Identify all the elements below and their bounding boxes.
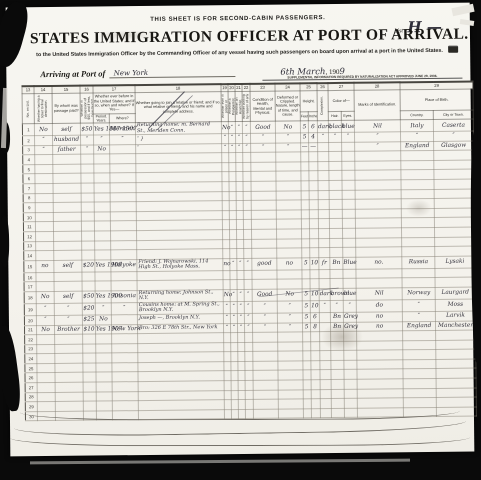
cell-c27h (329, 200, 342, 210)
cell-c29b (434, 217, 474, 227)
cell-c14: No (36, 291, 54, 303)
cell-c25f (302, 248, 310, 258)
cell-c24: no (277, 258, 302, 270)
cell-c25f: 5 (302, 322, 310, 332)
supplemental-note: SUPPLEMENTAL INFORMATION REQUIRED BY NAT… (262, 74, 462, 81)
cell-c25i (311, 341, 320, 351)
cell-c26 (320, 351, 331, 361)
cell-c23 (253, 332, 278, 342)
cell-c24: No (277, 289, 302, 301)
cell-c23 (253, 342, 278, 352)
cell-c27e (343, 279, 356, 289)
cell-c25f (301, 181, 309, 191)
cell-c17a (95, 272, 111, 282)
cell-c17b (111, 271, 137, 281)
cell-c29a (403, 350, 436, 360)
cell-c25i (311, 361, 320, 371)
cell-n: 3 (23, 145, 35, 155)
cell-c24 (276, 190, 301, 200)
cell-c22 (245, 371, 253, 381)
cell-c28 (355, 209, 401, 219)
cell-c16: $20 (82, 303, 95, 315)
cell-c17b (111, 281, 137, 291)
cell-c25f (303, 361, 311, 371)
cell-c27e (343, 238, 356, 248)
cell-c17a: ″ (94, 135, 110, 145)
cell-c27h (329, 161, 342, 171)
cell-c27h (330, 228, 343, 238)
cell-c17b (112, 382, 138, 392)
cell-c29b (436, 378, 476, 388)
cell-c14 (35, 183, 53, 193)
cell-c17b: Meriden (109, 123, 135, 135)
cell-n: 5 (23, 164, 35, 174)
cell-c24 (276, 181, 301, 191)
cell-c23: ″ (251, 133, 276, 143)
cell-c16 (82, 281, 95, 291)
cell-c16 (82, 272, 95, 282)
cell-c22: ″ (243, 133, 251, 143)
cell-c29b (436, 340, 476, 350)
cell-c16 (83, 372, 96, 382)
cell-c22 (244, 239, 252, 249)
cell-c24: ″ (277, 313, 302, 323)
cell-c29a (401, 160, 434, 170)
cell-c25f (303, 341, 311, 351)
cell-c22 (245, 332, 253, 342)
cell-c23 (251, 181, 276, 191)
cell-c16 (83, 392, 96, 402)
page-title: STATES IMMIGRATION OFFICER AT PORT OF AR… (30, 26, 469, 49)
cell-c15 (55, 334, 83, 344)
column-header: Color of— (328, 90, 354, 111)
column-header-text: Condition of Health, Mental and Physical… (251, 97, 275, 115)
cell-n: 14 (24, 251, 36, 261)
cell-c26 (319, 279, 330, 289)
cell-c17b (110, 192, 136, 202)
column-header: Whether an Anarchist. (235, 91, 242, 121)
cell-c22 (243, 191, 251, 201)
cell-c17a: Yes 1900 (95, 291, 111, 303)
cell-c25i (311, 380, 320, 390)
cell-c26 (319, 228, 330, 238)
cell-c28: Nil (356, 288, 402, 300)
cell-c25f (301, 210, 309, 220)
cell-c27h (331, 370, 344, 380)
scan-artifact (0, 0, 32, 70)
cell-c25i: 6 (310, 313, 319, 323)
cell-c22 (244, 280, 252, 290)
cell-c28 (357, 379, 403, 389)
cell-c26 (318, 142, 329, 152)
cell-c14 (37, 392, 55, 402)
cell-c22: ″ (244, 289, 252, 301)
cell-c24 (276, 152, 301, 162)
cell-c17a: Yes 1887-1907 (93, 123, 109, 135)
cell-c25i: — (309, 142, 318, 152)
cell-c29b (435, 268, 475, 278)
cell-c27e (344, 351, 357, 361)
cell-c27e (343, 269, 356, 279)
cell-c15: self (54, 291, 82, 303)
cell-c27h (329, 219, 342, 229)
column-header: Place of Birth. (400, 89, 473, 111)
column-header-text: Whether an Anarchist. (236, 93, 243, 120)
cell-c14 (36, 272, 54, 282)
cell-c26 (318, 171, 329, 181)
cell-c29a (403, 331, 436, 341)
cell-c16 (81, 154, 94, 164)
cell-c16: $25 (82, 315, 95, 325)
cell-c27e (344, 389, 357, 399)
cell-c25i (309, 181, 318, 191)
page-edge-fleck (30, 459, 410, 465)
cell-c23 (251, 171, 276, 181)
cell-c25f (301, 190, 309, 200)
cell-c16 (82, 250, 95, 260)
cell-c24 (278, 361, 303, 371)
cell-c16: $50 (82, 291, 95, 303)
column-number: 26 (317, 83, 328, 91)
cell-c29b (436, 388, 476, 398)
cell-c27e: ″ (343, 300, 356, 312)
cell-n: 23 (25, 344, 37, 354)
column-header-text: Deformed or Crippled. Nature, length of … (276, 95, 300, 117)
cell-c16 (83, 353, 96, 363)
cell-c27h: Bn (330, 257, 343, 269)
cell-c26 (318, 161, 329, 171)
cell-n: 13 (24, 241, 36, 251)
cell-c17a (96, 344, 112, 354)
cell-c27h (331, 360, 344, 370)
cell-c15 (55, 344, 83, 354)
cell-c25i (309, 171, 318, 181)
cell-c16 (82, 231, 95, 241)
cell-c27e (344, 379, 357, 389)
cell-c28 (355, 189, 401, 199)
cell-c22 (243, 220, 251, 230)
cell-c28 (357, 360, 403, 370)
cell-c25f (303, 389, 311, 399)
cell-c25i (309, 209, 318, 219)
cell-c25i (309, 219, 318, 229)
cell-c15 (53, 174, 81, 184)
column-header: Whether ever before in the United States… (93, 93, 135, 114)
port-of-arrival-handwritten: New York (110, 68, 236, 78)
cell-c15 (55, 382, 83, 392)
cell-c23: good (252, 258, 277, 270)
cell-c22 (243, 153, 251, 163)
cell-c25f: 5 (302, 257, 310, 269)
cell-c17b: Holyoke (111, 259, 137, 271)
cell-c25i (311, 370, 320, 380)
cell-c29a: ″ (401, 131, 434, 141)
cell-c27h (330, 279, 343, 289)
cell-c23 (251, 152, 276, 162)
cell-c26: dark (317, 121, 328, 133)
cell-c22: ″ (244, 313, 252, 323)
cell-c27e (344, 370, 357, 380)
cell-c15: ″ (54, 315, 82, 325)
cell-c29a (402, 278, 435, 288)
cell-c27e (344, 331, 357, 341)
cell-c28 (355, 151, 401, 161)
cell-c17b (110, 173, 136, 183)
cell-n: 2 (23, 136, 35, 146)
cell-c27e (342, 142, 355, 152)
cell-c25f (302, 279, 310, 289)
cell-c26 (319, 248, 330, 258)
cell-c28 (355, 180, 401, 190)
cell-c16: ″ (81, 135, 94, 145)
cell-c25f (301, 219, 309, 229)
cell-c25i: 8 (310, 322, 319, 332)
cell-c26 (318, 190, 329, 200)
cell-c25i: 10 (310, 257, 319, 269)
scan-artifact (0, 325, 23, 413)
manifest-sheet: THIS SHEET IS FOR SECOND-CABIN PASSENGER… (6, 3, 475, 457)
column-header: Marks of Identification. (354, 90, 400, 120)
column-subheader: Inches. (308, 112, 317, 121)
page-stack-edge (10, 429, 470, 447)
cell-c25i (310, 269, 319, 279)
cell-c14 (35, 193, 53, 203)
cell-c23 (253, 351, 278, 361)
cell-n: 4 (23, 155, 35, 165)
cell-c27h (331, 379, 344, 389)
cell-c22 (245, 390, 253, 400)
cell-c24 (278, 390, 303, 400)
cell-c27e (342, 219, 355, 229)
cell-c26 (318, 152, 329, 162)
column-number: 21 (235, 84, 242, 92)
cell-c15: self (52, 123, 80, 135)
cell-c29b (434, 208, 474, 218)
cell-c27e: ″ (342, 132, 355, 142)
column-header: Whether going to join a relative or frie… (135, 92, 221, 123)
column-header-text: Whether ever in prison or almshouse or i… (222, 93, 229, 120)
cell-c15 (53, 212, 81, 222)
cell-c29a: Italy (400, 119, 433, 131)
column-subheader: Eyes. (341, 111, 354, 120)
cell-c17a: No (95, 315, 111, 325)
column-header-text: No. on List. (26, 100, 30, 117)
cell-c29a (401, 199, 434, 209)
cell-c15 (54, 250, 82, 260)
cell-c23 (253, 380, 278, 390)
cell-c14 (37, 344, 55, 354)
cell-c17b (110, 211, 136, 221)
cell-c26 (318, 209, 329, 219)
cell-c17b (112, 353, 138, 363)
cell-c28 (357, 340, 403, 350)
cell-c22 (244, 270, 252, 280)
cell-c23 (252, 270, 277, 280)
cell-c25f: 5 (302, 289, 310, 301)
cell-c22: ″ (244, 323, 252, 333)
cell-c27h (329, 142, 342, 152)
cell-c14: No (34, 123, 52, 135)
cell-c15 (53, 183, 81, 193)
cell-c23 (251, 162, 276, 172)
cell-c15 (54, 281, 82, 291)
cell-c23 (252, 229, 277, 239)
cell-c25i: 10 (310, 289, 319, 301)
column-header-text: Whether in possession of $50, and if les… (81, 95, 94, 122)
cell-c15 (55, 392, 83, 402)
cell-c24 (276, 219, 301, 229)
cell-c25f (302, 238, 310, 248)
cell-c15 (53, 154, 81, 164)
cell-c17b (111, 240, 137, 250)
cell-c29a: Russia (402, 256, 435, 268)
cell-c27e (342, 190, 355, 200)
cell-c25i (310, 279, 319, 289)
cell-c25f (303, 351, 311, 361)
cell-c29b: Larvik (435, 311, 475, 321)
cell-c29b: Glasgow (434, 141, 474, 151)
cell-c27e: Grey (343, 312, 356, 322)
cell-c29a: Norway (402, 287, 435, 299)
cell-c17a (96, 363, 112, 373)
cell-c25i (310, 248, 319, 258)
column-header: Condition of Health, Mental and Physical… (250, 91, 275, 121)
cell-c29a (403, 340, 436, 350)
cell-c14: no (36, 260, 54, 272)
cell-c26: fr (319, 257, 330, 269)
column-number: 16 (80, 86, 93, 94)
cell-c27e (343, 247, 356, 257)
cell-c16 (81, 183, 94, 193)
cell-n: 28 (25, 392, 37, 402)
cell-c28: no (357, 321, 403, 331)
cell-c28 (357, 350, 403, 360)
cell-c15 (53, 222, 81, 232)
cell-c27h (330, 238, 343, 248)
cell-c14: ″ (35, 135, 53, 145)
cell-c14 (37, 383, 55, 393)
cell-c28 (357, 331, 403, 341)
cell-c29b (434, 160, 474, 170)
cell-c28 (356, 278, 402, 288)
cell-c17a (94, 202, 110, 212)
cell-c23 (251, 210, 276, 220)
cell-c22 (243, 210, 251, 220)
cell-c29a (403, 359, 436, 369)
cell-c27e (344, 360, 357, 370)
cell-c27h: black (328, 120, 341, 132)
cell-c25i (309, 190, 318, 200)
cell-c28 (357, 388, 403, 398)
cell-c25f: — (301, 142, 309, 152)
cell-c22 (243, 172, 251, 182)
column-subheader: City or Town. (433, 110, 473, 119)
cell-c17a (95, 281, 111, 291)
cell-c22: ″ (244, 258, 252, 270)
cell-c15 (55, 363, 83, 373)
cell-c27e: blue (343, 288, 356, 300)
cell-c28: ″ (355, 132, 401, 142)
page-subtitle: to the United States Immigration Officer… (36, 48, 444, 58)
cell-c27h: ″ (329, 132, 342, 142)
cell-c23 (253, 361, 278, 371)
column-number: 19 (221, 84, 228, 92)
cell-c17a (95, 231, 111, 241)
cell-c26 (320, 370, 331, 380)
cell-c24 (277, 270, 302, 280)
cell-c26: ″ (318, 133, 329, 143)
cell-c17b (110, 163, 136, 173)
cell-c29a (402, 227, 435, 237)
cell-c29a (402, 247, 435, 257)
cell-c23 (252, 239, 277, 249)
cell-c25f (301, 200, 309, 210)
cell-c17b: ″ (111, 302, 137, 314)
cell-c24 (278, 332, 303, 342)
cell-c17a (94, 192, 110, 202)
cell-c25f: 5 (301, 133, 309, 143)
cell-c26 (320, 332, 331, 342)
cell-c29a: England (403, 321, 436, 331)
cell-c22 (244, 249, 252, 259)
cell-c17a: Yes 1908 (95, 260, 111, 272)
cell-c29b: Caserta (433, 119, 473, 131)
cell-c25i (309, 200, 318, 210)
cell-c23 (251, 219, 276, 229)
microfilm-border: THIS SHEET IS FOR SECOND-CABIN PASSENGER… (0, 0, 481, 480)
cell-c15 (53, 202, 81, 212)
cell-c24 (278, 370, 303, 380)
cell-n: 9 (23, 203, 35, 213)
cell-c29a (403, 369, 436, 379)
cell-c27h (329, 209, 342, 219)
cell-c29b: ″ (434, 131, 474, 141)
cell-c16: $50 (80, 123, 93, 135)
cell-c27e (343, 228, 356, 238)
cell-c28 (355, 218, 401, 228)
cell-c27e (342, 209, 355, 219)
cell-c17b (112, 334, 138, 344)
cell-c26: dark (319, 288, 330, 300)
cell-c25f (303, 370, 311, 380)
column-header-text: Whether going to join a relative or frie… (136, 100, 221, 114)
cell-c25f: 5 (302, 301, 310, 313)
cell-c15: father (53, 145, 81, 155)
cell-c22: ″ (244, 301, 252, 313)
cell-c27e (344, 341, 357, 351)
column-header: Whether having a ticket to final destina… (34, 93, 52, 123)
cell-c25f (303, 332, 311, 342)
cell-c17a (95, 250, 111, 260)
cell-c29b (434, 150, 474, 160)
cell-c25i (311, 332, 320, 342)
cell-c27h (329, 180, 342, 190)
cell-c15: ″ (54, 303, 82, 315)
cell-c15 (53, 164, 81, 174)
cell-c29b: Lysaki (435, 256, 475, 268)
cell-c17b (111, 231, 137, 241)
cell-c22 (245, 380, 253, 390)
cell-c14 (35, 155, 53, 165)
cell-c23: ″ (252, 323, 277, 333)
cell-c22 (244, 229, 252, 239)
cell-c14 (36, 251, 54, 261)
cell-c16 (83, 344, 96, 354)
column-header: Deformed or Crippled. Nature, length of … (275, 91, 300, 121)
cell-c16 (82, 241, 95, 251)
cell-c23 (253, 371, 278, 381)
cell-c16: ″ (81, 145, 94, 155)
